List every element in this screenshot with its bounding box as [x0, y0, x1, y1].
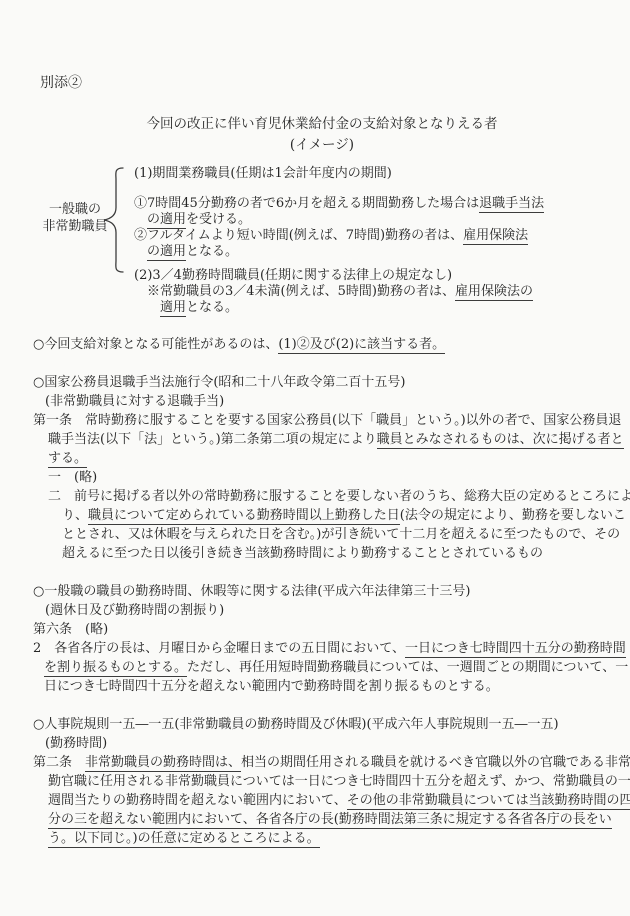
- diagram-note1-line1: ①7時間45分勤務の者で6か月を超える期間勤務した場合は退職手当法: [134, 196, 544, 212]
- diagram-items: (1)期間業務職員(任期は1会計年度内の期間) ①7時間45分勤務の者で6か月を…: [134, 166, 544, 316]
- underlined-text: う。以下同じ。)の任意に定めるところによる。: [48, 831, 320, 848]
- diagram-note1-line2: の適用を受ける。: [134, 212, 544, 228]
- text-run: (2)3／4勤務時間職員(任期に関する法律上の規定なし): [134, 268, 452, 283]
- underlined-text: 非常勤職員の勤務時間は、: [85, 755, 241, 772]
- document-body: ○今回支給対象となる可能性があるのは、(1)②及び(2)に該当する者。 ○国家公…: [33, 335, 608, 848]
- law3-subheading: (勤務時間): [33, 734, 608, 753]
- law1-item1: 一 (略): [33, 468, 608, 487]
- page-subtitle: (イメージ): [0, 133, 630, 153]
- diagram-item2-note-line1: ※常勤職員の3／4未満(例えば、5時間)勤務の者は、雇用保険法の: [134, 284, 544, 300]
- text-run: り、: [62, 508, 88, 523]
- underlined-text: 分の三を超えない範囲内において、各省各庁の長(勤務時間法第三条に規定する各省各庁…: [48, 812, 612, 829]
- underlined-text: する。: [48, 451, 87, 468]
- underlined-text: その他の非常勤職員については当該勤務時間の四: [347, 793, 630, 810]
- text-run: となる。: [186, 244, 238, 259]
- diagram-note2-line1: ②フルタイムより短い時間(例えば、7時間)勤務の者は、雇用保険法: [134, 228, 544, 244]
- underlined-text: 適用: [160, 300, 186, 317]
- law1-article1-line2: 職手当法(以下「法」という。)第二条第二項の規定により職員とみなされるものは、次…: [33, 430, 608, 449]
- underlined-text: の適用: [147, 212, 186, 229]
- text-run: ○今回支給対象となる可能性があるのは、: [33, 337, 278, 352]
- underlined-text: を割り振るものとする。: [44, 660, 187, 677]
- law1-item2-line1: 二 前号に掲げる者以外の常時勤務に服することを要しない者のうち、総務大臣の定める…: [33, 487, 608, 506]
- law1-item2-line2: り、職員について定められている勤務時間以上勤務した日(法令の規定により、勤務を要…: [33, 506, 608, 525]
- law2-para2-line1: 2 各省各庁の長は、月曜日から金曜日までの五日間において、一日につき七時間四十五…: [33, 639, 608, 658]
- law2-para2-line2: を割り振るものとする。ただし、再任用短時間勤務職員については、一週間ごとの期間に…: [33, 658, 608, 677]
- attachment-label: 別添②: [40, 72, 82, 92]
- underlined-text: 雇用保険法の: [455, 284, 533, 301]
- law2-article6: 第六条 (略): [33, 620, 608, 639]
- law1-item2-line4: 超えるに至つた日以後引き続き当該勤務時間により勤務することとされているもの: [33, 544, 608, 563]
- law1-subheading: (非常勤職員に対する退職手当): [33, 392, 608, 411]
- underlined-text: 一日につき七時間四十五分の勤務時間: [405, 641, 626, 658]
- text-run: を受ける。: [186, 212, 251, 227]
- law1-heading: ○国家公務員退職手当法施行令(昭和二十八年政令第二百十五号): [33, 373, 608, 392]
- law3-article2-line1: 第二条 非常勤職員の勤務時間は、相当の期間任用される職員を就けるべき官職以外の官…: [33, 753, 608, 772]
- underlined-text: 職員とみなされるものは、次に掲げる者と: [377, 432, 624, 449]
- curly-brace-icon: [101, 166, 125, 274]
- underlined-text: 雇用保険法: [463, 228, 528, 245]
- text-run: ①7時間45分勤務の者で6か月を超える期間勤務した場合は: [134, 196, 479, 211]
- page-title: 今回の改正に伴い育児休業給付金の支給対象となりえる者: [0, 112, 630, 132]
- text-run: 第二条: [33, 755, 85, 770]
- law2-subheading: (週休日及び勤務時間の割振り): [33, 601, 608, 620]
- law3-heading: ○人事院規則一五―一五(非常勤職員の勤務時間及び休暇)(平成六年人事院規則一五―…: [33, 715, 608, 734]
- text-run: 相当の期間任用される職員を就けるべき官職以外の官職である非常: [241, 755, 630, 770]
- diagram-item2-note-line2: 適用となる。: [134, 300, 544, 316]
- document-page: 別添② 今回の改正に伴い育児休業給付金の支給対象となりえる者 (イメージ) 一般…: [0, 0, 630, 916]
- law1-article1-line3: する。: [33, 449, 608, 468]
- law3-article2-line2: 勤官職に任用される非常勤職員については一日につき七時間四十五分を超えず、かつ、常…: [33, 772, 608, 791]
- text-run: ※常勤職員の3／4未満(例えば、5時間)勤務の者は、: [147, 284, 455, 299]
- text-run: (法令の規定により、勤務を要しないこ: [400, 508, 626, 523]
- text-run: 週間当たりの勤務時間を超えない範囲内において、: [48, 793, 347, 808]
- law3-article2-line3: 週間当たりの勤務時間を超えない範囲内において、その他の非常勤職員については当該勤…: [33, 791, 608, 810]
- summary-line: ○今回支給対象となる可能性があるのは、(1)②及び(2)に該当する者。: [33, 335, 608, 354]
- law3-article2-line5: う。以下同じ。)の任意に定めるところによる。: [33, 829, 608, 848]
- text-run: (1)期間業務職員(任期は1会計年度内の期間): [134, 166, 392, 181]
- law1-item2-line3: ととされ、又は休暇を与えられた日を含む。)が引き続いて十二月を超えるに至つたもの…: [33, 525, 608, 544]
- diagram-item1-heading: (1)期間業務職員(任期は1会計年度内の期間): [134, 166, 544, 182]
- law1-article1-line1: 第一条 常時勤務に服することを要する国家公務員(以下「職員」という。)以外の者で…: [33, 411, 608, 430]
- underlined-text: (1)②及び(2)に該当する者。: [278, 337, 445, 354]
- law3-article2-line4: 分の三を超えない範囲内において、各省各庁の長(勤務時間法第三条に規定する各省各庁…: [33, 810, 608, 829]
- text-run: 職手当法(以下「法」という。)第二条第二項の規定により: [48, 432, 377, 447]
- text-run: となる。: [186, 300, 238, 315]
- diagram-note2-line2: の適用となる。: [134, 244, 544, 260]
- law2-para2-line3: 日につき七時間四十五分を超えない範囲内で勤務時間を割り振るものとする。: [33, 677, 608, 696]
- diagram-item2-heading: (2)3／4勤務時間職員(任期に関する法律上の規定なし): [134, 268, 544, 284]
- underlined-text: 退職手当法: [479, 196, 544, 213]
- text-run: ただし、再任用短時間勤務職員については、一週間ごとの期間について、一: [187, 660, 628, 675]
- underlined-text: の適用: [147, 244, 186, 261]
- law2-heading: ○一般職の職員の勤務時間、休暇等に関する法律(平成六年法律第三十三号): [33, 582, 608, 601]
- underlined-text: 職員について定められている勤務時間以上勤務した日: [88, 508, 400, 525]
- text-run: ②フルタイムより短い時間(例えば、7時間)勤務の者は、: [134, 228, 463, 243]
- text-run: 2 各省各庁の長は、月曜日から金曜日までの五日間において、: [33, 641, 405, 656]
